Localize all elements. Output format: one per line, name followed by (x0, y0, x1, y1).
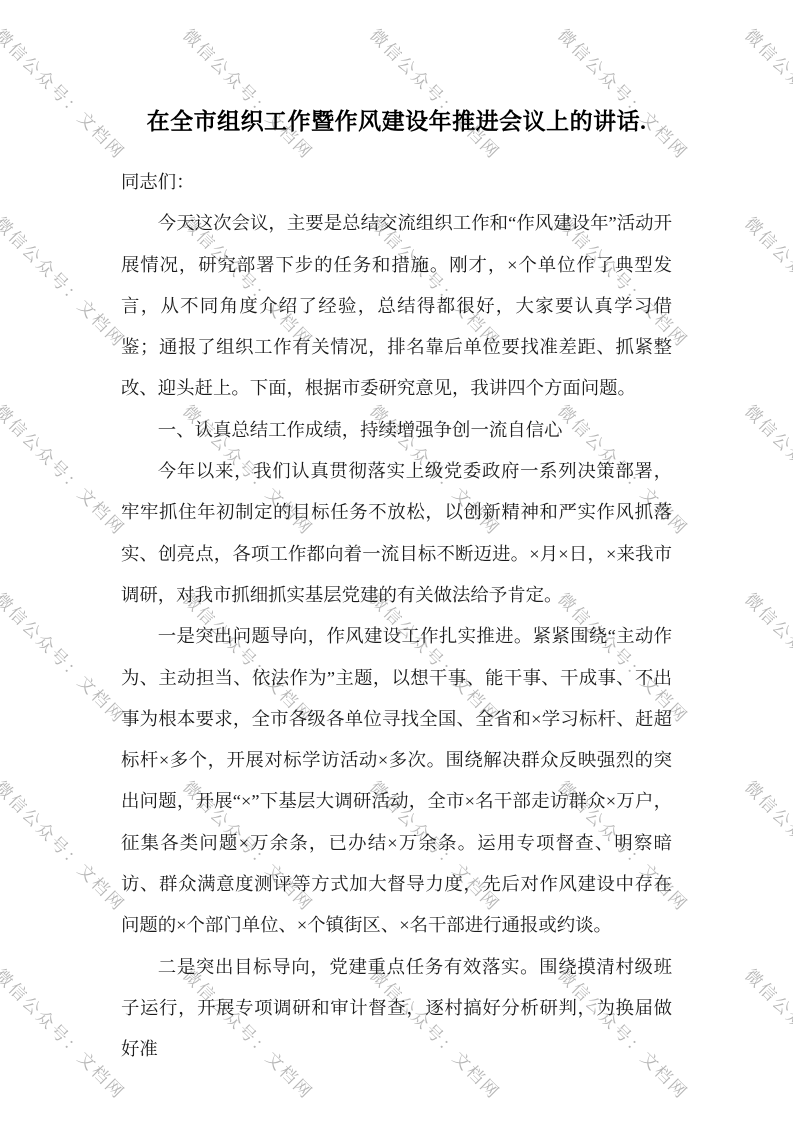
watermark-text: 微信公众号：文档网 (0, 962, 132, 1104)
watermark-text: 微信公众号：文档网 (740, 398, 793, 540)
paragraph-intro: 今天这次会议，主要是总结交流组织工作和“作风建设年”活动开展情况，研究部署下步的… (121, 203, 672, 409)
watermark-text: 微信公众号：文档网 (740, 22, 793, 164)
salutation: 同志们： (121, 162, 672, 203)
watermark-text: 微信公众号：文档网 (740, 774, 793, 916)
paragraph-point-two: 二是突出目标导向，党建重点任务有效落实。围绕摸清村级班子运行，开展专项调研和审计… (121, 947, 672, 1071)
document-title: 在全市组织工作暨作风建设年推进会议上的讲话. (121, 104, 672, 140)
watermark-text: 微信公众号：文档网 (0, 774, 132, 916)
watermark-text: 微信公众号：文档网 (0, 398, 132, 540)
watermark-text: 微信公众号：文档网 (740, 962, 793, 1104)
paragraph-overview: 今年以来，我们认真贯彻落实上级党委政府一系列决策部署，牢牢抓住年初制定的目标任务… (121, 451, 672, 616)
watermark-text: 微信公众号：文档网 (740, 586, 793, 728)
document-content: 在全市组织工作暨作风建设年推进会议上的讲话. 同志们： 今天这次会议，主要是总结… (121, 0, 672, 1071)
watermark-text: 微信公众号：文档网 (0, 210, 132, 352)
watermark-text: 微信公众号：文档网 (740, 210, 793, 352)
watermark-text: 微信公众号：文档网 (0, 22, 132, 164)
section-heading-one: 一、认真总结工作成绩，持续增强争创一流自信心 (121, 410, 672, 451)
paragraph-point-one: 一是突出问题导向，作风建设工作扎实推进。紧紧围绕“主动作为、主动担当、依法作为”… (121, 616, 672, 946)
document-page: 微信公众号：文档网微信公众号：文档网微信公众号：文档网微信公众号：文档网微信公众… (0, 0, 793, 1122)
watermark-text: 微信公众号：文档网 (0, 586, 132, 728)
